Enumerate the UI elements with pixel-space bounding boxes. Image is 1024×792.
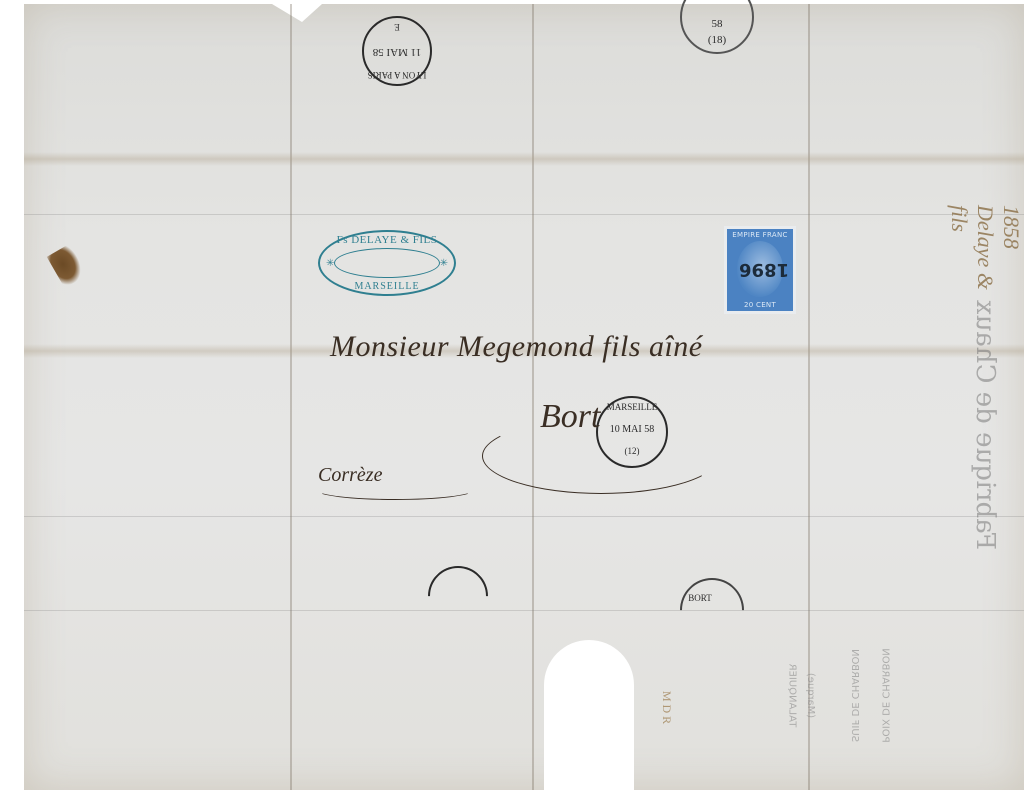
cachet-inner-ring [334,248,440,278]
stamp-bottom-text: 20 CENT [729,301,791,309]
brown-mark: M D R [659,691,674,724]
docket-handwriting: 13 mai 1858 Delaye & fils [880,205,1024,305]
postmark-top-right: 58 (18) [680,0,754,54]
recipient-town: Bort [540,398,600,436]
ink-stain [47,244,88,288]
address-flourish [482,418,720,494]
postage-stamp: EMPIRE FRANC 1896 20 CENT [724,226,796,314]
paper-gap [548,680,618,792]
letterhead-small-print: TALANQUIER [786,664,797,728]
postmark-lyon-paris: LYON A PARIS 11 MAI 58 E [362,16,432,86]
fold-line [24,152,1024,166]
stamp-top-text: EMPIRE FRANC [729,231,791,239]
letter-sheet [24,4,1024,790]
letterhead-small-print: (Marque) [805,673,816,718]
stamp-cancel-number: 1896 [739,259,789,280]
crease [24,610,1024,611]
crease [24,516,1024,517]
letterhead-small-print: SUIF DE CHARBON [849,649,860,742]
letterhead-print: Fabrique de Chaux [960,350,1000,550]
department-underline [316,480,474,500]
sender-cachet: Fs DELAYE & FILS ✳ ✳ MARSEILLE [318,230,456,296]
star-icon: ✳ [440,258,448,269]
crease [24,214,1024,215]
fold-line [532,4,534,790]
letterhead-small-print: POIX DE CHARBON [880,648,891,742]
star-icon: ✳ [326,258,334,269]
cachet-top-text: Fs DELAYE & FILS [320,234,454,246]
cachet-bottom-text: MARSEILLE [320,281,454,292]
paper-tear [272,4,322,22]
fold-line [290,4,292,790]
recipient-name: Monsieur Megemond fils aîné [330,330,703,364]
